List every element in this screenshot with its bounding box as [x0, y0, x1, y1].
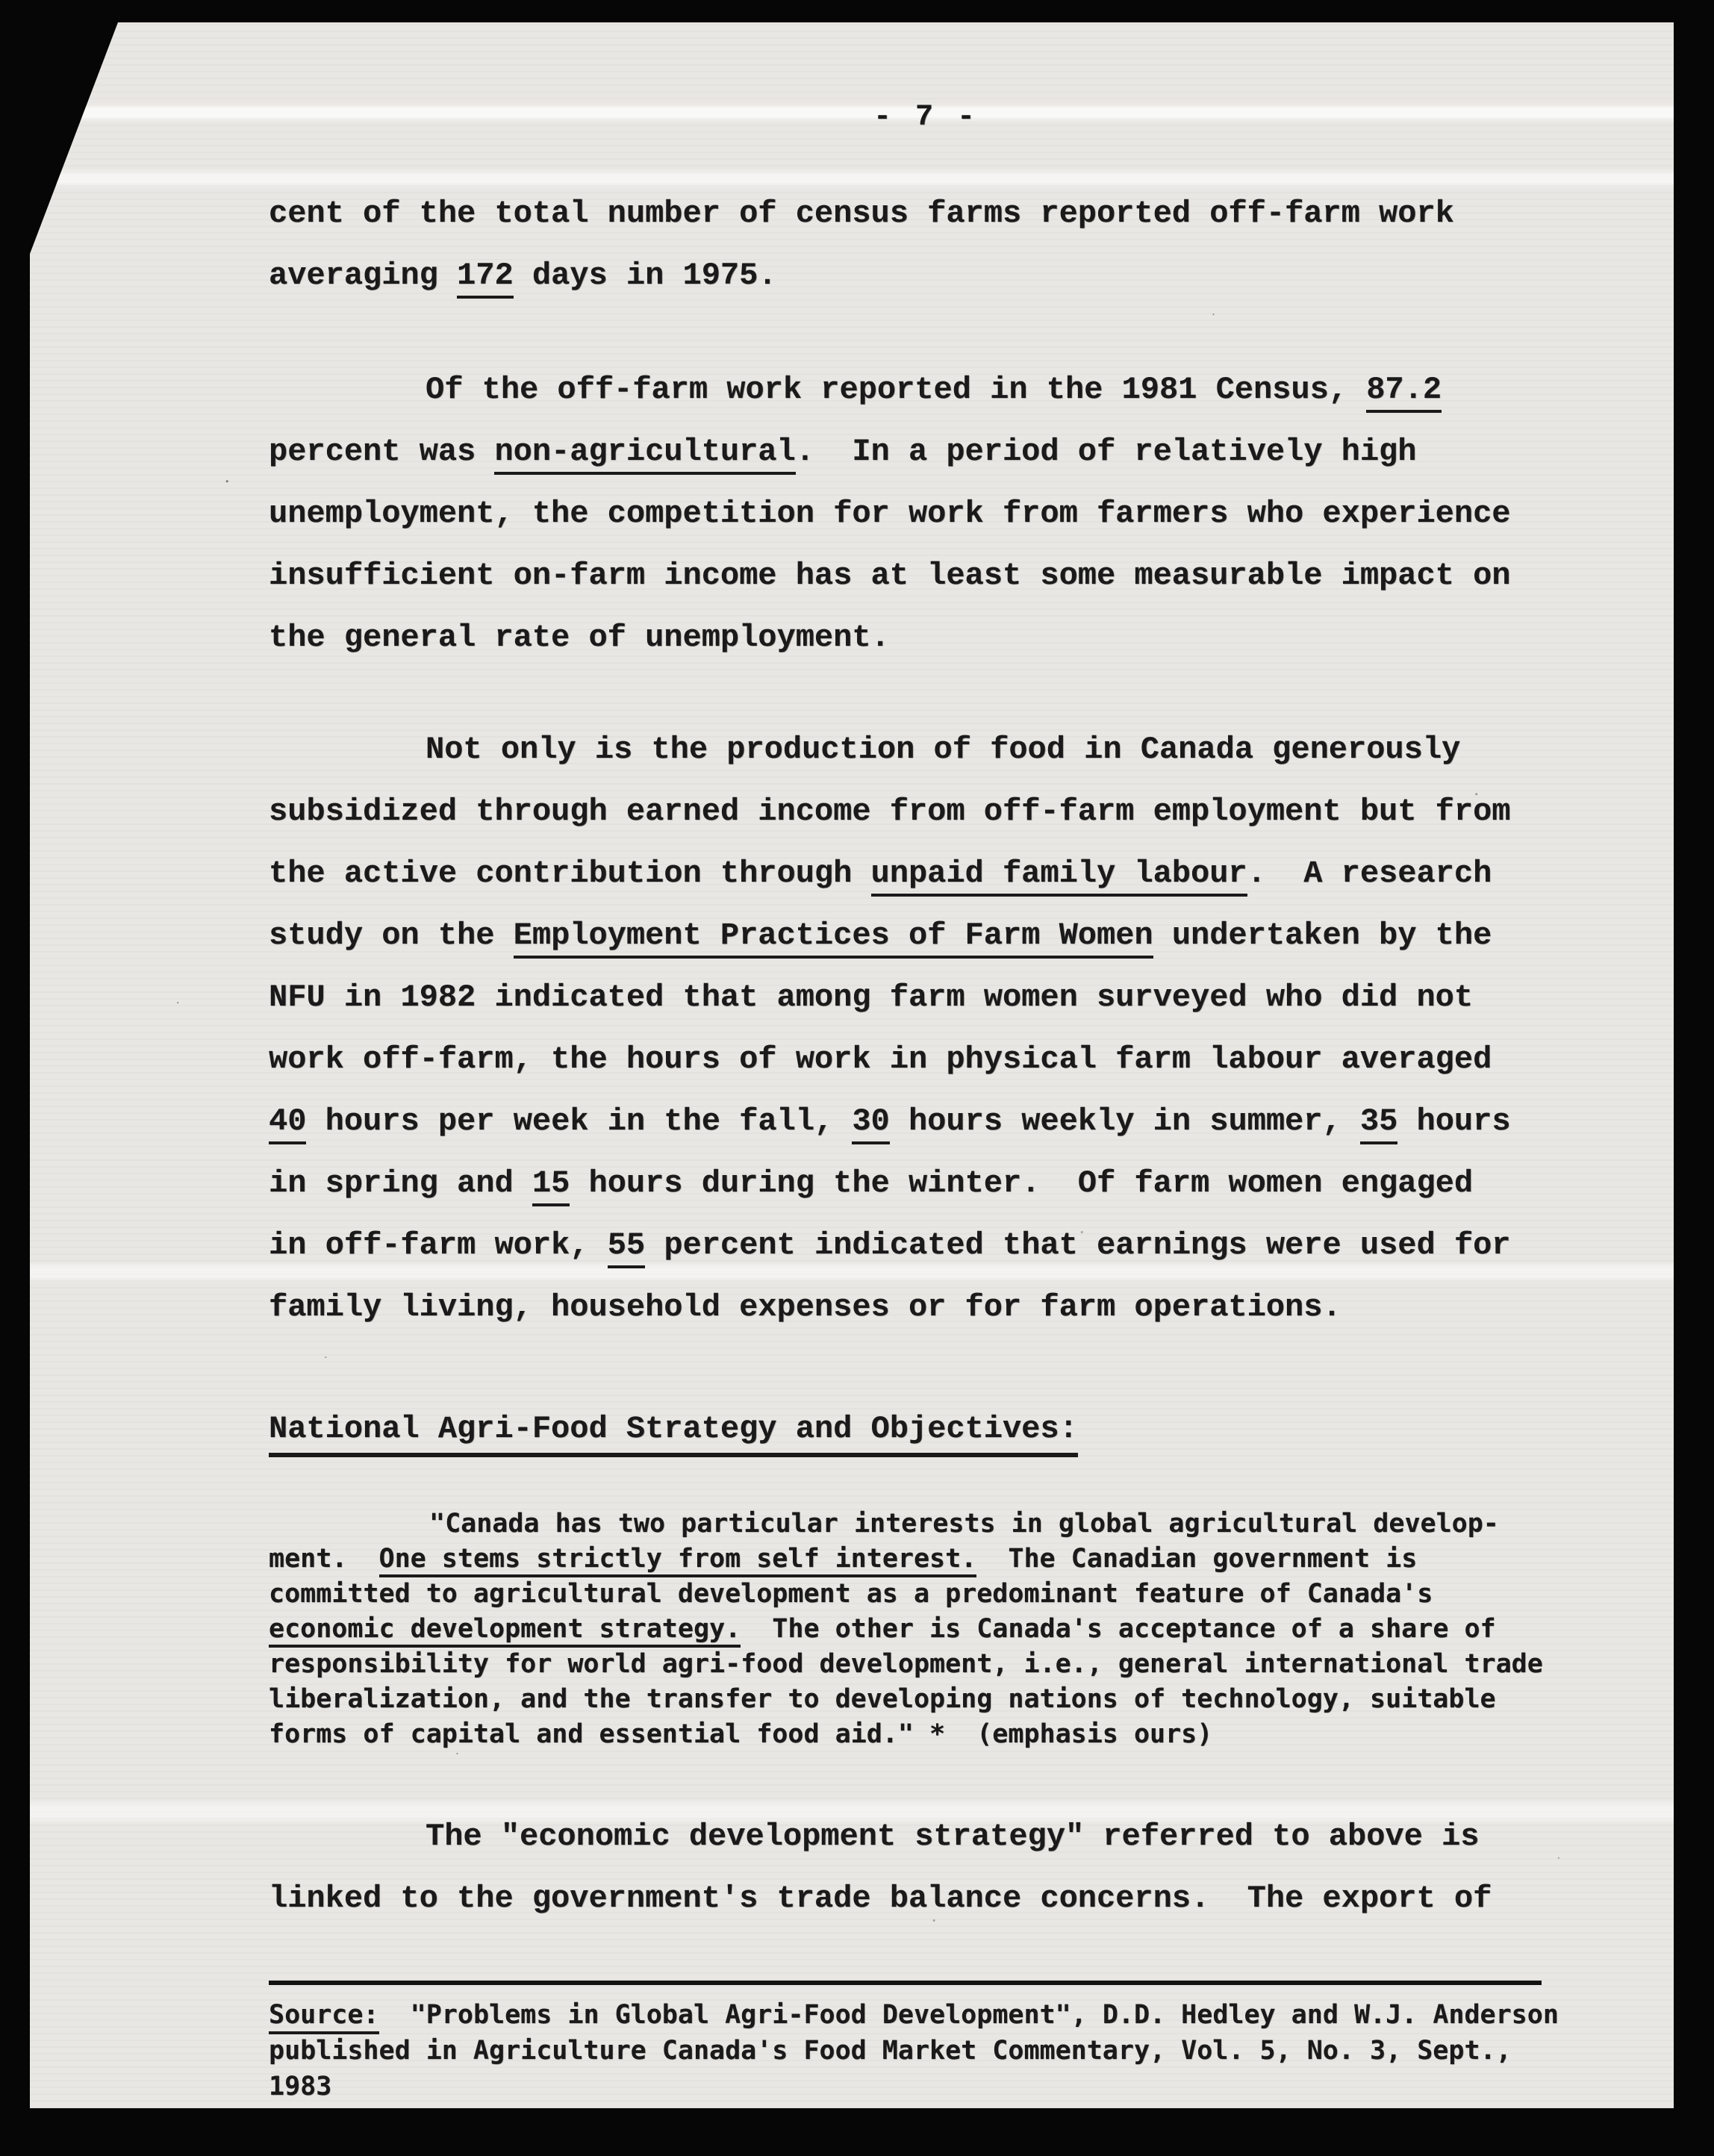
text-line: insufficient on-farm income has at least… — [269, 545, 1583, 607]
text-line: the active contribution through unpaid f… — [269, 843, 1583, 905]
text-segment: family living, household expenses or for… — [269, 1289, 1341, 1325]
text-line: linked to the government's trade balance… — [269, 1868, 1583, 1930]
text-segment: percent indicated that earnings were use… — [645, 1227, 1510, 1263]
text-line: liberalization, and the transfer to deve… — [269, 1682, 1583, 1717]
text-segment: "Canada has two particular interests in … — [429, 1509, 1499, 1539]
underlined-text: non-agricultural — [494, 434, 795, 475]
text-segment: the active contribution through — [269, 856, 871, 891]
text-line: responsibility for world agri-food devel… — [269, 1647, 1583, 1682]
underlined-text: 172 — [457, 258, 514, 299]
scan-background: { "colors": { "paper": "#e9e7e3", "ink":… — [0, 0, 1714, 2156]
text-segment: hours — [1397, 1103, 1510, 1139]
text-line: Of the off-farm work reported in the 198… — [269, 359, 1583, 421]
text-line: "Canada has two particular interests in … — [269, 1507, 1583, 1542]
footnote-divider — [269, 1981, 1542, 1985]
text-segment: work off-farm, the hours of work in phys… — [269, 1041, 1492, 1077]
text-line: study on the Employment Practices of Far… — [269, 905, 1583, 967]
text-line: averaging 172 days in 1975. — [269, 245, 1583, 307]
text-segment: the general rate of unemployment. — [269, 620, 890, 655]
text-line: 40 hours per week in the fall, 30 hours … — [269, 1091, 1583, 1153]
text-segment: hours weekly in summer, — [890, 1103, 1360, 1139]
text-line: forms of capital and essential food aid.… — [269, 1717, 1583, 1752]
text-segment: in off-farm work, — [269, 1227, 608, 1263]
text-segment: . In a period of relatively high — [796, 434, 1417, 470]
text-line: NFU in 1982 indicated that among farm wo… — [269, 967, 1583, 1029]
text-segment: insufficient on-farm income has at least… — [269, 558, 1510, 593]
text-segment: hours per week in the fall, — [306, 1103, 852, 1139]
underlined-text: 15 — [532, 1165, 570, 1206]
text-line: percent was non-agricultural. In a perio… — [269, 421, 1583, 483]
text-segment: averaging — [269, 258, 457, 293]
text-line: economic development strategy. The other… — [269, 1612, 1583, 1647]
text-line: the general rate of unemployment. — [269, 607, 1583, 669]
paragraph-1: cent of the total number of census farms… — [269, 183, 1583, 307]
underlined-text: 30 — [852, 1103, 889, 1144]
text-segment: forms of capital and essential food aid.… — [269, 1719, 1212, 1749]
text-segment: NFU in 1982 indicated that among farm wo… — [269, 979, 1473, 1015]
text-segment: The other is Canada's acceptance of a sh… — [741, 1614, 1495, 1644]
text-line: Not only is the production of food in Ca… — [269, 719, 1583, 781]
text-segment: committed to agricultural development as… — [269, 1579, 1433, 1609]
underlined-text: 40 — [269, 1103, 306, 1144]
page-number: - 7 - — [269, 97, 1583, 138]
text-segment: study on the — [269, 917, 514, 953]
paragraph-3: Not only is the production of food in Ca… — [269, 719, 1583, 1339]
underlined-text: 55 — [608, 1227, 645, 1268]
text-line: published in Agriculture Canada's Food M… — [269, 2033, 1583, 2104]
text-line: committed to agricultural development as… — [269, 1577, 1583, 1612]
text-segment: ment. — [269, 1544, 379, 1574]
text-line: Source: "Problems in Global Agri-Food De… — [269, 1997, 1583, 2033]
underlined-text: unpaid family labour — [871, 856, 1247, 897]
text-line: cent of the total number of census farms… — [269, 183, 1583, 245]
text-line: in off-farm work, 55 percent indicated t… — [269, 1215, 1583, 1277]
text-segment: subsidized through earned income from of… — [269, 794, 1510, 829]
text-segment: Of the off-farm work reported in the 198… — [426, 372, 1366, 408]
text-segment: Not only is the production of food in Ca… — [426, 732, 1460, 767]
text-segment: percent was — [269, 434, 494, 470]
text-segment: "Problems in Global Agri-Food Developmen… — [379, 2000, 1559, 2030]
text-segment: unemployment, the competition for work f… — [269, 496, 1510, 532]
underlined-text: One stems strictly from self interest. — [379, 1544, 977, 1577]
underlined-text: economic development strategy. — [269, 1614, 741, 1648]
text-line: National Agri-Food Strategy and Objectiv… — [269, 1398, 1583, 1460]
text-segment: linked to the government's trade balance… — [269, 1881, 1492, 1916]
text-segment: . A research — [1247, 856, 1492, 891]
paragraph-closing: The "economic development strategy" refe… — [269, 1806, 1583, 1930]
text-segment: liberalization, and the transfer to deve… — [269, 1684, 1496, 1714]
text-segment: The Canadian government is — [976, 1544, 1417, 1574]
underlined-text: Source: — [269, 2000, 379, 2034]
paragraph-2: Of the off-farm work reported in the 198… — [269, 359, 1583, 669]
text-segment: published in Agriculture Canada's Food M… — [269, 2036, 1527, 2102]
text-line: work off-farm, the hours of work in phys… — [269, 1029, 1583, 1091]
text-segment: The "economic development strategy" refe… — [426, 1819, 1479, 1854]
underlined-text: 87.2 — [1366, 372, 1442, 413]
quote-block: "Canada has two particular interests in … — [269, 1507, 1583, 1752]
source-note: Source: "Problems in Global Agri-Food De… — [269, 1997, 1583, 2104]
underlined-text: Employment Practices of Farm Women — [514, 917, 1153, 959]
underlined-text: 35 — [1360, 1103, 1397, 1144]
text-segment: cent of the total number of census farms… — [269, 196, 1454, 231]
scanned-page: - 7 - cent of the total number of census… — [30, 22, 1674, 2108]
text-line: The "economic development strategy" refe… — [269, 1806, 1583, 1868]
text-segment: undertaken by the — [1153, 917, 1492, 953]
text-segment: responsibility for world agri-food devel… — [269, 1649, 1543, 1679]
text-segment: in spring and — [269, 1165, 532, 1201]
text-segment: days in 1975. — [514, 258, 777, 293]
text-line: family living, household expenses or for… — [269, 1277, 1583, 1339]
text-line: ment. One stems strictly from self inter… — [269, 1542, 1583, 1577]
section-heading: National Agri-Food Strategy and Objectiv… — [269, 1398, 1583, 1460]
text-segment: hours during the winter. Of farm women e… — [570, 1165, 1473, 1201]
text-line: in spring and 15 hours during the winter… — [269, 1153, 1583, 1215]
text-line: unemployment, the competition for work f… — [269, 483, 1583, 545]
page-content: - 7 - cent of the total number of census… — [30, 97, 1583, 2104]
text-line: subsidized through earned income from of… — [269, 781, 1583, 843]
underlined-text: National Agri-Food Strategy and Objectiv… — [269, 1411, 1078, 1457]
